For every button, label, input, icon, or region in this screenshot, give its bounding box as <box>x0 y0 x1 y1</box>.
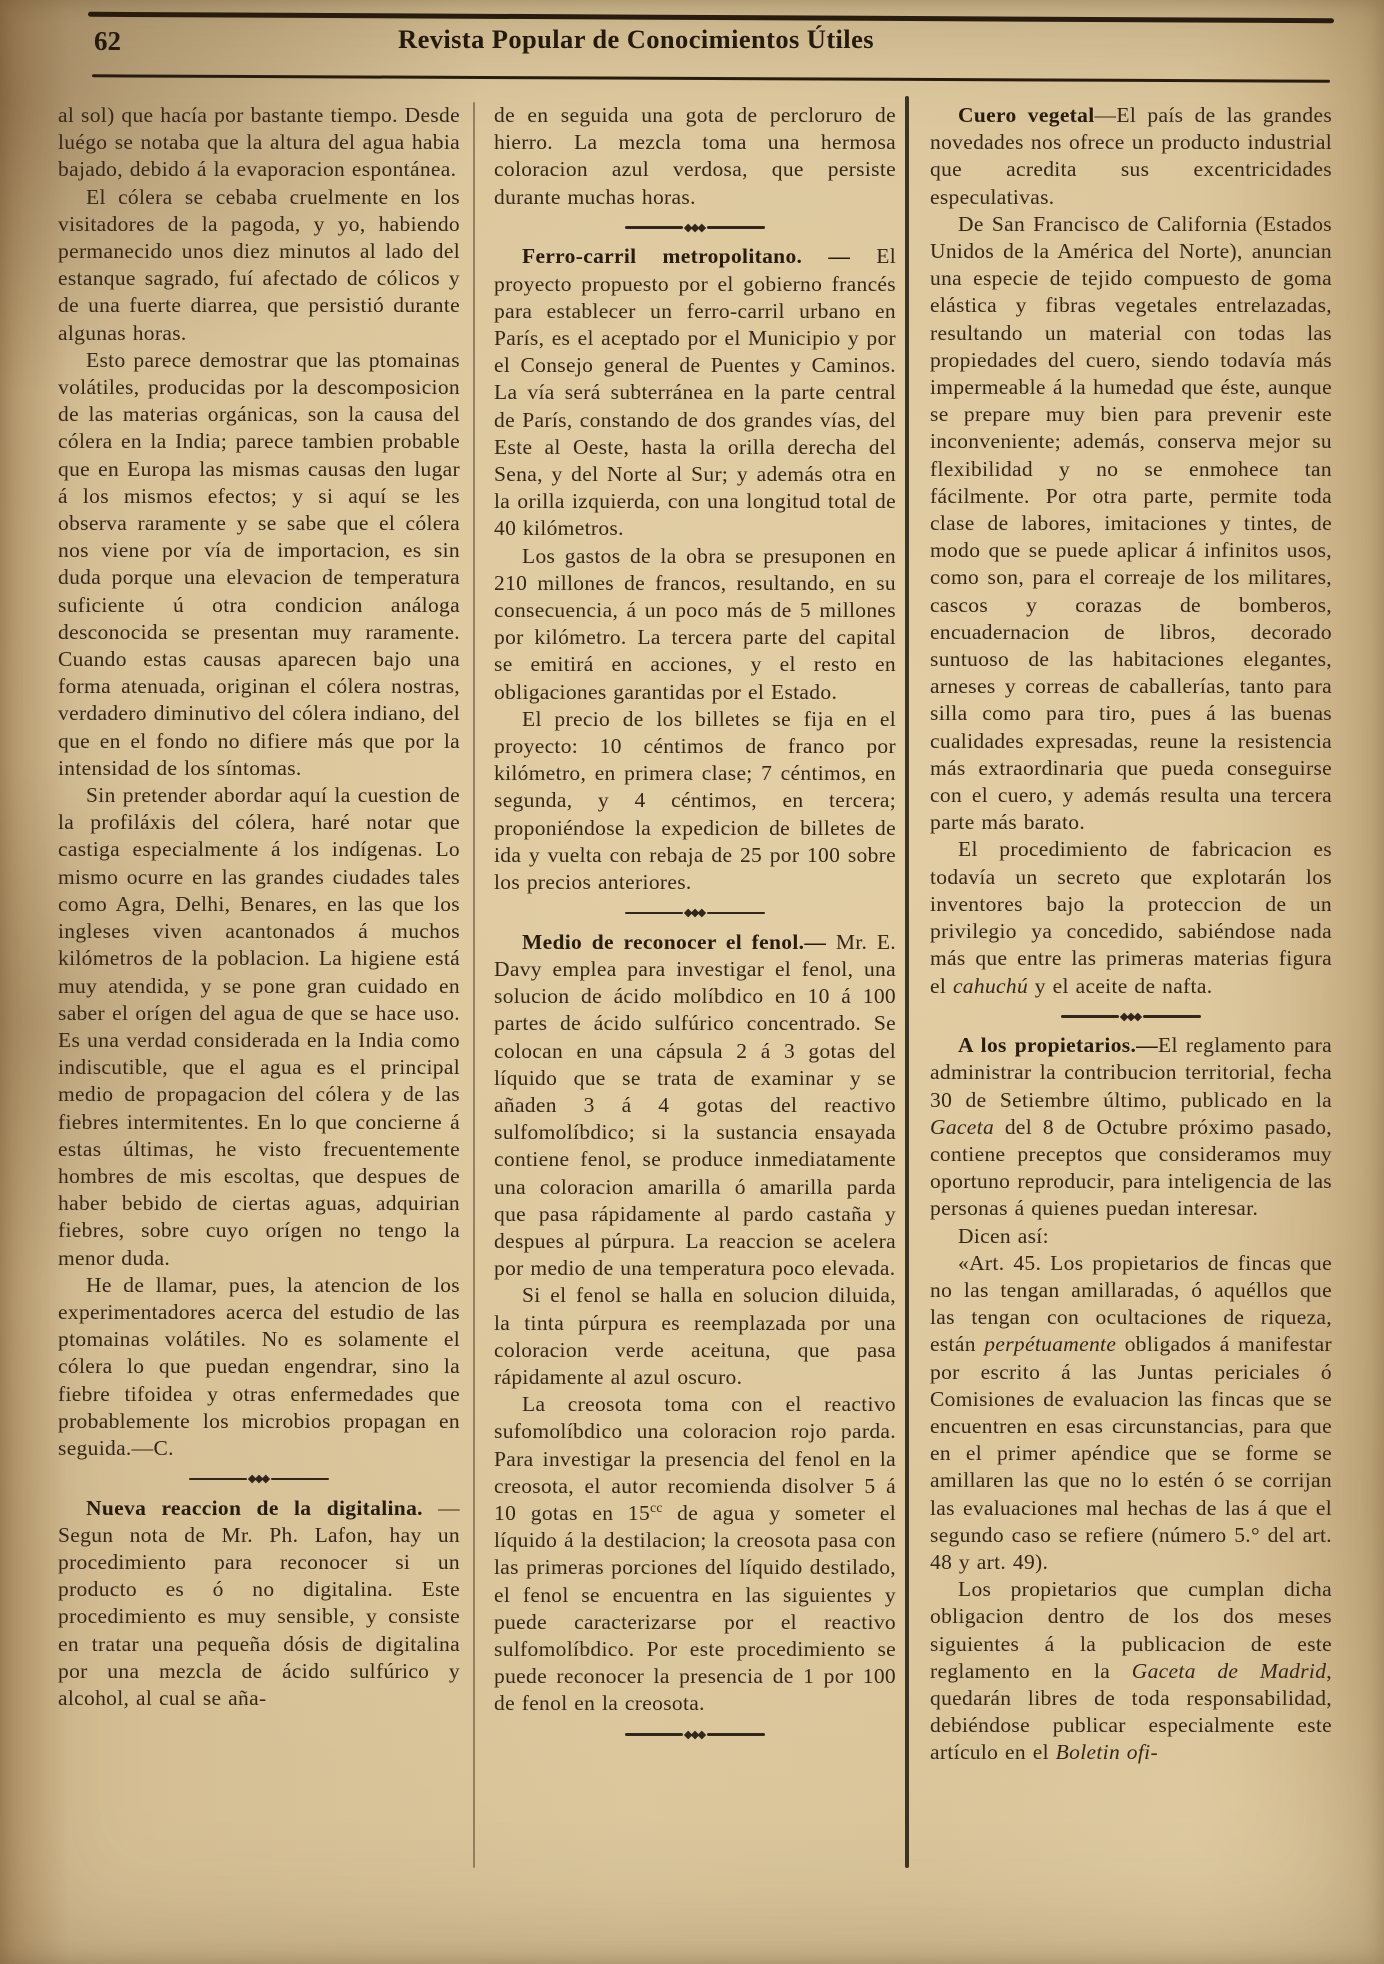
divider-line <box>1061 1015 1119 1018</box>
diamond-ornament-icon: ◆◆◆ <box>683 1729 708 1741</box>
article-text: de agua y someter el líquido á la destil… <box>494 1501 896 1715</box>
diamond-ornament-icon: ◆◆◆ <box>683 222 708 234</box>
article-heading: Ferro-carril metropolitano. — <box>522 244 850 268</box>
article-heading: A los propietarios.— <box>958 1033 1158 1057</box>
paragraph: Si el fenol se halla en solucion diluida… <box>494 1282 896 1391</box>
diamond-ornament-icon: ◆◆◆ <box>247 1473 272 1485</box>
paragraph: al sol) que hacía por bastante tiempo. D… <box>58 102 460 184</box>
column-3: Cuero vegetal—El país de las grandes nov… <box>930 102 1332 1767</box>
magazine-page: 62 Revista Popular de Conocimientos Útil… <box>0 0 1384 1964</box>
divider-line <box>625 912 683 915</box>
article-text: obligados á manifestar por escrito á las… <box>930 1332 1332 1574</box>
divider-line <box>189 1478 247 1481</box>
section-divider: ◆◆◆ <box>605 1729 785 1741</box>
journal-title: Revista Popular de Conocimientos Útiles <box>398 24 874 55</box>
diamond-ornament-icon: ◆◆◆ <box>683 907 708 919</box>
article-heading: Cuero vegetal <box>958 103 1095 127</box>
diamond-ornament-icon: ◆◆◆ <box>1119 1011 1144 1023</box>
article-heading: Medio de reconocer el fenol.— <box>522 930 826 954</box>
article-text: Mr. E. Davy emplea para investigar el fe… <box>494 930 896 1280</box>
divider-line <box>707 1733 765 1736</box>
column-1: al sol) que hacía por bastante tiempo. D… <box>58 102 460 1767</box>
divider-line <box>707 912 765 915</box>
italic-term: perpétuamente <box>984 1332 1116 1356</box>
paragraph: El cólera se cebaba cruelmente en los vi… <box>58 184 460 347</box>
section-divider: ◆◆◆ <box>169 1473 349 1485</box>
paragraph: La creosota toma con el reactivo sufomol… <box>494 1391 896 1717</box>
paragraph: De San Francisco de California (Estados … <box>930 211 1332 837</box>
paragraph: Los gastos de la obra se presuponen en 2… <box>494 543 896 706</box>
section-divider: ◆◆◆ <box>605 907 785 919</box>
italic-term: cahuchú <box>953 974 1028 998</box>
paragraph: El precio de los billetes se fija en el … <box>494 706 896 896</box>
paragraph: Sin pretender abordar aquí la cuestion d… <box>58 782 460 1272</box>
article-digitalina: Nueva reaccion de la digitalina. —Segun … <box>58 1495 460 1713</box>
paragraph: Esto parece demostrar que las ptomainas … <box>58 347 460 782</box>
divider-line <box>625 226 683 229</box>
top-rule <box>88 12 1334 24</box>
divider-line <box>1143 1015 1201 1018</box>
paragraph: Dicen así: <box>930 1223 1332 1250</box>
section-divider: ◆◆◆ <box>1041 1011 1221 1023</box>
article-ferrocarril: Ferro-carril metropolitano. — El proyect… <box>494 243 896 542</box>
italic-term: Boletin ofi- <box>1056 1740 1158 1764</box>
divider-line <box>625 1733 683 1736</box>
paragraph: «Art. 45. Los propietarios de fincas que… <box>930 1250 1332 1576</box>
paragraph: de en seguida una gota de percloruro de … <box>494 102 896 211</box>
paragraph: He de llamar, pues, la atencion de los e… <box>58 1272 460 1462</box>
article-propietarios: A los propietarios.—El reglamento para a… <box>930 1032 1332 1222</box>
article-text: El proyecto propuesto por el gobierno fr… <box>494 244 896 540</box>
paragraph: El procedimiento de fabricacion es todav… <box>930 836 1332 999</box>
article-fenol: Medio de reconocer el fenol.— Mr. E. Dav… <box>494 929 896 1283</box>
divider-line <box>271 1478 329 1481</box>
article-text: y el aceite de nafta. <box>1028 974 1212 998</box>
paragraph: Los propietarios que cumplan dicha oblig… <box>930 1576 1332 1766</box>
divider-line <box>707 226 765 229</box>
page-header: Revista Popular de Conocimientos Útiles <box>0 24 1272 55</box>
article-cuero-vegetal: Cuero vegetal—El país de las grandes nov… <box>930 102 1332 211</box>
text-columns: al sol) que hacía por bastante tiempo. D… <box>58 102 1332 1767</box>
article-heading: Nueva reaccion de la digitalina. <box>86 1496 423 1520</box>
header-rule <box>92 74 1330 82</box>
italic-term: Gaceta de Madrid <box>1132 1659 1327 1683</box>
article-text: —Segun nota de Mr. Ph. Lafon, hay un pro… <box>58 1496 460 1710</box>
superscript-cc: cc <box>650 1500 662 1515</box>
italic-term: Gaceta <box>930 1115 994 1139</box>
column-2: de en seguida una gota de percloruro de … <box>494 102 896 1767</box>
section-divider: ◆◆◆ <box>605 222 785 234</box>
